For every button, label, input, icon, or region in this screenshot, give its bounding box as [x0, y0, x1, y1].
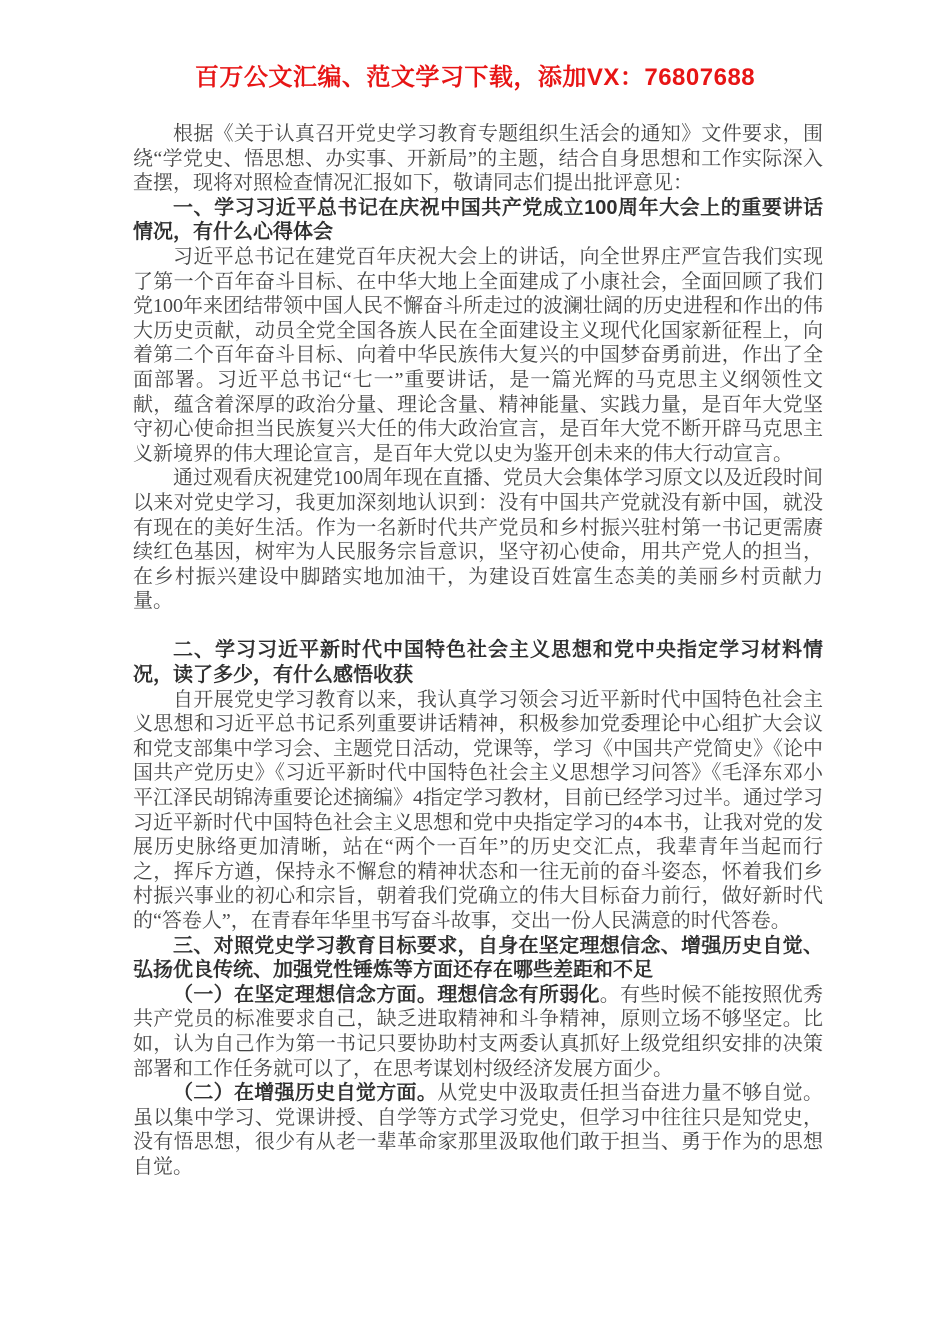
paragraph: （二）在增强历史自觉方面。从党史中汲取责任担当奋进力量不够自觉。虽以集中学习、党…: [133, 1081, 823, 1179]
paragraph: 习近平总书记在建党百年庆祝大会上的讲话，向全世界庄严宣告我们实现了第一个百年奋斗…: [133, 245, 823, 466]
text-run: 习近平总书记在建党百年庆祝大会上的讲话，向全世界庄严宣告我们实现了第一个百年奋斗…: [133, 246, 823, 465]
bold-text-run: （二）在增强历史自觉方面。: [173, 1082, 437, 1104]
text-run: 自开展党史学习教育以来，我认真学习领会习近平新时代中国特色社会主义思想和习近平总…: [133, 689, 823, 932]
section-heading: 二、学习习近平新时代中国特色社会主义思想和党中央指定学习材料情况，读了多少，有什…: [133, 638, 823, 687]
bold-text-run: 一、学习习近平总书记在庆祝中国共产党成立100周年大会上的重要讲话情况，有什么心…: [133, 197, 823, 244]
paragraph: （一）在坚定理想信念方面。理想信念有所弱化。有些时候不能按照优秀共产党员的标准要…: [133, 983, 823, 1081]
document-content: 根据《关于认真召开党史学习教育专题组织生活会的通知》文件要求，围绕“学党史、悟思…: [133, 122, 823, 1180]
section-heading: 一、学习习近平总书记在庆祝中国共产党成立100周年大会上的重要讲话情况，有什么心…: [133, 196, 823, 245]
paragraph: 通过观看庆祝建党100周年现在直播、党员大会集体学习原文以及近段时间以来对党史学…: [133, 466, 823, 614]
bold-text-run: （一）在坚定理想信念方面。理想信念有所弱化: [173, 984, 600, 1006]
blank-line: [133, 614, 823, 639]
paragraph: 根据《关于认真召开党史学习教育专题组织生活会的通知》文件要求，围绕“学党史、悟思…: [133, 122, 823, 196]
paragraph: 自开展党史学习教育以来，我认真学习领会习近平新时代中国特色社会主义思想和习近平总…: [133, 688, 823, 934]
document-page: 百万公文汇编、范文学习下载，添加VX：76807688 根据《关于认真召开党史学…: [0, 0, 950, 1344]
bold-text-run: 三、对照党史学习教育目标要求，自身在坚定理想信念、增强历史自觉、弘扬优良传统、加…: [133, 935, 823, 982]
text-run: 根据《关于认真召开党史学习教育专题组织生活会的通知》文件要求，围绕“学党史、悟思…: [133, 123, 823, 194]
promo-banner: 百万公文汇编、范文学习下载，添加VX：76807688: [0, 64, 950, 92]
section-heading: 三、对照党史学习教育目标要求，自身在坚定理想信念、增强历史自觉、弘扬优良传统、加…: [133, 934, 823, 983]
text-run: 通过观看庆祝建党100周年现在直播、党员大会集体学习原文以及近段时间以来对党史学…: [133, 467, 823, 612]
bold-text-run: 二、学习习近平新时代中国特色社会主义思想和党中央指定学习材料情况，读了多少，有什…: [133, 639, 823, 686]
